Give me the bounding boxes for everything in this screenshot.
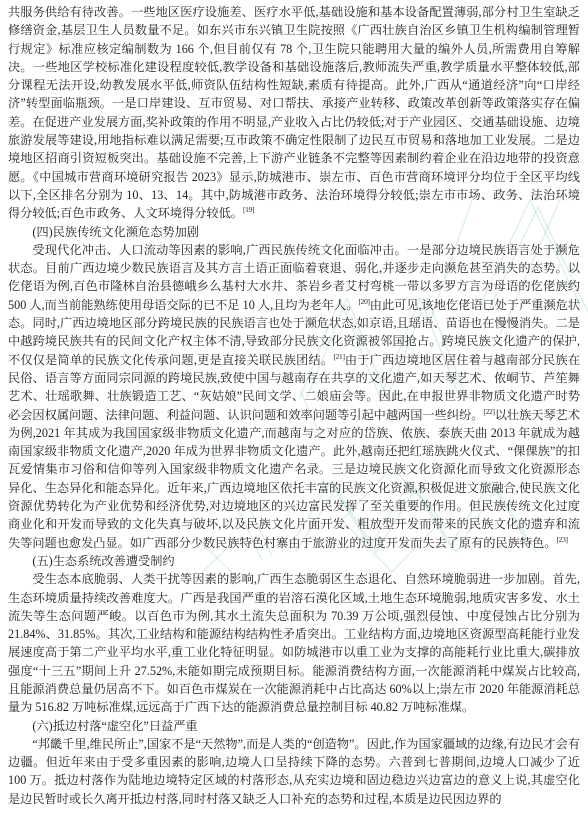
body-text-border-villages: “邦畿千里,维民所止”,国家不是“天然物”,而是人类的“创造物”。因此,作为国家… (8, 735, 580, 808)
citation-ref-22: [22] (483, 406, 494, 415)
section-heading-5: (五)生态系统改善遭受制约 (8, 552, 580, 570)
section-heading-4: (四)民族传统文化濒危态势加剧 (8, 223, 580, 241)
section-heading-6: (六)抵边村落“虚空化”日益严重 (8, 717, 580, 735)
citation-ref-20: [20] (358, 297, 369, 306)
citation-ref-19: [19] (243, 205, 254, 214)
body-text-ecology: 受生态本底脆弱、人类干扰等因素的影响,广西生态脆弱区生态退化、自然环境脆弱进一步… (8, 570, 580, 716)
citation-ref-23: [23] (556, 535, 567, 544)
body-text-culture: 受现代化冲击、人口流动等因素的影响,广西民族传统文化面临冲击。一是部分边境民族语… (8, 241, 580, 552)
document-page: 共服务供给有待改善。一些地区医疗设施差、医疗水平低,基础设施和基本设备配置薄弱,… (0, 0, 588, 840)
citation-ref-21: [21] (333, 352, 344, 361)
article-text-column: 共服务供给有待改善。一些地区医疗设施差、医疗水平低,基础设施和基本设备配置薄弱,… (0, 0, 588, 808)
body-text-services-ports: 共服务供给有待改善。一些地区医疗设施差、医疗水平低,基础设施和基本设备配置薄弱,… (8, 3, 580, 223)
